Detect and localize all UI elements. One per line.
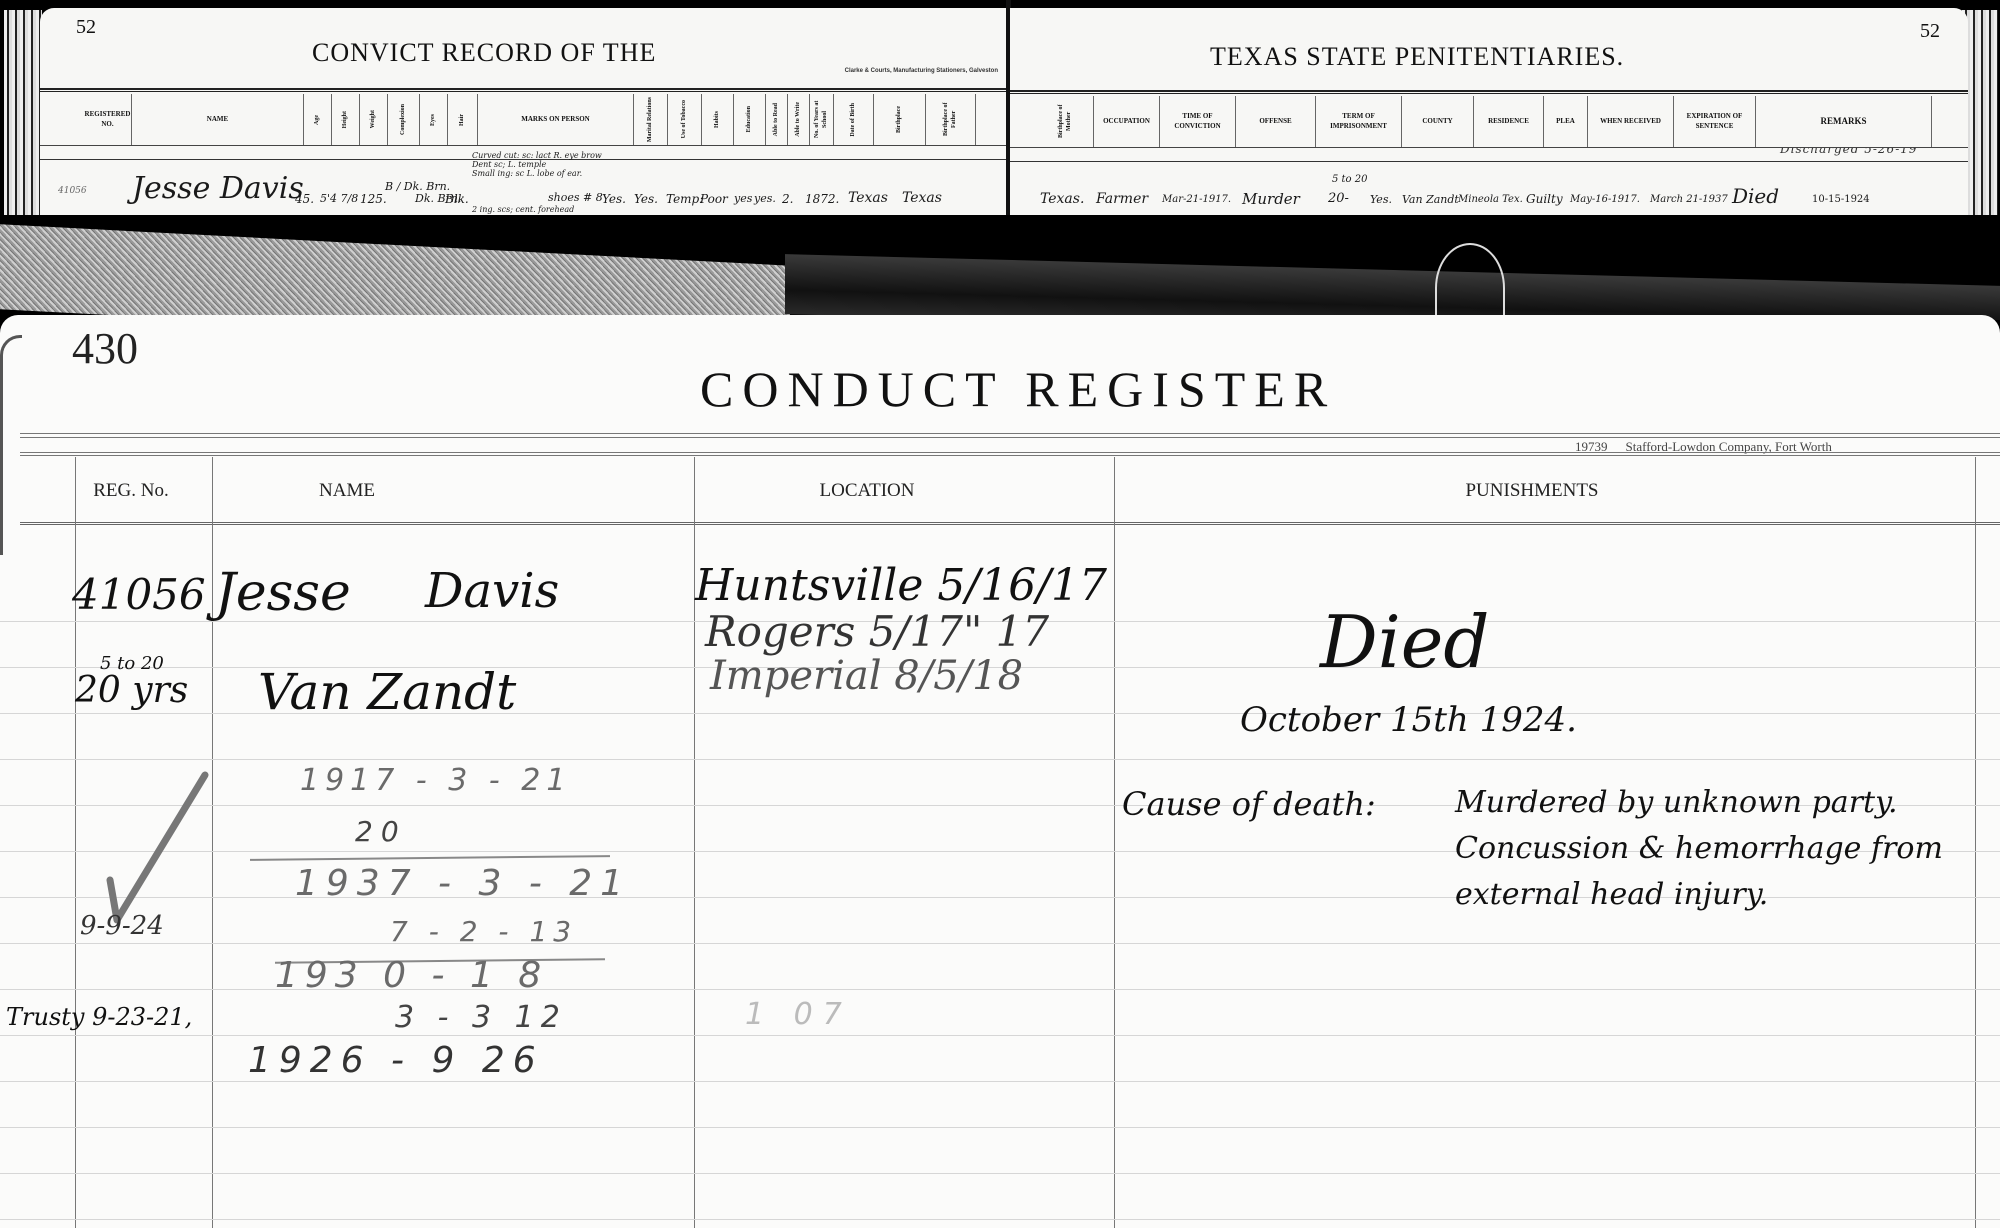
header-reg-no: REG. No. <box>76 457 186 525</box>
entry-marital: Yes. <box>602 192 626 206</box>
header-rule <box>40 88 1008 92</box>
marks-line-4: shoes # 8 <box>548 191 603 204</box>
entry-term-note: 5 to 20 <box>1332 174 1367 185</box>
entry-time-of-conviction: Mar-21-1917. <box>1162 194 1231 205</box>
page-edges-left <box>4 10 42 215</box>
page-curl <box>0 335 22 555</box>
marks-line-3: Small ing: sc L. lobe of ear. <box>472 169 582 178</box>
calc-line-2: 20 <box>355 815 407 848</box>
register-trusty: Trusty 9-23-21, <box>6 1003 192 1031</box>
register-column-headers: REG. No. NAME LOCATION PUNISHMENTS <box>20 457 2000 525</box>
calc-line-7: 1926 - 9 26 <box>248 1040 544 1081</box>
header-name: NAME <box>212 457 482 525</box>
entry-tobacco: Yes. <box>634 192 658 206</box>
right-column-headers: Birthplace of Mother Occupation Time of … <box>1010 96 1968 148</box>
col-marital: Marital Relations <box>634 94 668 145</box>
entry-birthplace-father: Texas <box>902 190 942 206</box>
col-term: Term of Imprisonment <box>1316 96 1402 147</box>
register-check-date: 9-9-24 <box>80 911 164 941</box>
col-tobacco: Use of Tobacco <box>668 94 702 145</box>
register-title: CONDUCT REGISTER <box>700 360 1336 418</box>
entry-county-flag: Yes. <box>1370 193 1392 206</box>
entry-occupation: Farmer <box>1096 191 1148 207</box>
col-offense: Offense <box>1236 96 1316 147</box>
book-binding <box>0 215 2000 320</box>
marks-line-2: Dent sc; L. temple <box>472 160 546 169</box>
header-location: LOCATION <box>692 457 1042 525</box>
col-birthplace: Birthplace <box>874 94 926 145</box>
entry-residence: Mineola Tex. <box>1458 194 1523 205</box>
entry-date-of-birth: 1872. <box>805 192 839 206</box>
cause-line-1: Murdered by unknown party. <box>1455 785 1898 820</box>
convict-record-left-page: 52 CONVICT RECORD OF THE Clarke & Courts… <box>40 8 1008 215</box>
left-page-title: CONVICT RECORD OF THE <box>312 38 656 68</box>
checkmark-icon <box>105 770 215 930</box>
entry-name: Jesse Davis <box>132 171 304 206</box>
entry-when-received: May-16-1917. <box>1570 194 1640 205</box>
loose-thread <box>1435 243 1505 320</box>
entry-years-school: 2. <box>782 192 793 206</box>
entry-birthplace-mother: Texas. <box>1040 191 1084 207</box>
col-date-of-birth: Date of Birth <box>834 94 874 145</box>
col-when-received: When Received <box>1588 96 1674 147</box>
marks-line-1: Curved cut: sc: lact R. eye brow <box>472 151 602 160</box>
faint-location-note: 1 07 <box>745 997 852 1032</box>
calc-line-5: 193 0 - 1 8 <box>275 955 548 996</box>
col-habits: Habits <box>702 94 734 145</box>
register-reg-no: 41056 <box>72 570 206 619</box>
entry-education: Poor <box>700 192 728 206</box>
col-age: Age <box>304 94 332 145</box>
punishment-date: October 15th 1924. <box>1240 700 1577 740</box>
col-residence: Residence <box>1474 96 1544 147</box>
convict-record-strip: 52 CONVICT RECORD OF THE Clarke & Courts… <box>0 0 2000 215</box>
col-eyes: Eyes <box>420 94 448 145</box>
col-divider <box>1114 457 1115 1228</box>
col-marks-on-person: Marks on Person <box>478 94 634 145</box>
cloth-cover <box>0 224 790 320</box>
register-last-name: Davis <box>425 563 559 619</box>
convict-record-right-page: TEXAS STATE PENITENTIARIES. 52 Birthplac… <box>1010 8 1968 215</box>
previous-row-fragment-right: Discharged 5-26-19 <box>1010 148 1968 162</box>
calc-line-3: 1937 - 3 - 21 <box>295 863 631 904</box>
col-plea: Plea <box>1544 96 1588 147</box>
left-column-headers: Registered No. Name Age Height Weight Co… <box>40 94 1008 146</box>
col-complexion: Complexion <box>388 94 420 145</box>
worn-spine <box>785 254 2000 320</box>
right-page-number: 52 <box>1920 20 1940 43</box>
entry-remarks-date: 10-15-1924 <box>1812 194 1870 205</box>
entry-able-read: yes <box>734 192 752 205</box>
location-imperial: Imperial 8/5/18 <box>710 653 1023 699</box>
reg-no-faint: 41056 <box>58 186 87 196</box>
entry-able-write: yes. <box>754 192 776 205</box>
entry-height: 5'4 7/8 <box>320 192 358 205</box>
col-weight: Weight <box>360 94 388 145</box>
col-hair: Hair <box>448 94 478 145</box>
entry-expiration: March 21-1937 <box>1650 194 1728 205</box>
entry-term: 20- <box>1328 191 1349 206</box>
col-registered-no: Registered No. <box>84 94 132 145</box>
entry-county: Van Zandt <box>1402 193 1459 206</box>
col-years-school: No. of Years at School <box>810 94 834 145</box>
conduct-register-page: 430 CONDUCT REGISTER 19739Stafford-Lowdo… <box>0 315 2000 1228</box>
cause-of-death-label: Cause of death: <box>1122 785 1376 823</box>
col-height: Height <box>332 94 360 145</box>
entry-birthplace: Texas <box>848 190 888 206</box>
col-time-of-conviction: Time of Conviction <box>1160 96 1236 147</box>
register-term: 20 yrs <box>75 670 188 711</box>
col-expiration: Expiration of Sentence <box>1674 96 1756 147</box>
col-education: Education <box>734 94 766 145</box>
col-divider <box>1975 457 1976 1228</box>
col-birthplace-father: Birthplace of Father <box>926 94 976 145</box>
col-able-read: Able to Read <box>766 94 788 145</box>
right-page-title: TEXAS STATE PENITENTIARIES. <box>1210 42 1624 72</box>
location-huntsville: Huntsville 5/16/17 <box>695 560 1107 611</box>
marks-line-5: 2 ing. scs; cent. forehead <box>472 205 574 214</box>
calc-line-4: 7 - 2 - 13 <box>390 915 577 948</box>
cause-line-3: external head injury. <box>1455 877 1768 912</box>
location-rogers: Rogers 5/17" 17 <box>705 607 1049 656</box>
cause-line-2: Concussion & hemorrhage from <box>1455 831 1943 866</box>
register-first-name: Jesse <box>215 563 351 623</box>
register-page-number: 430 <box>72 323 138 374</box>
col-name: Name <box>132 94 304 145</box>
printer-credit: Clarke & Courts, Manufacturing Stationer… <box>845 68 998 74</box>
col-able-write: Able to Write <box>788 94 810 145</box>
register-county: Van Zandt <box>258 663 516 721</box>
col-occupation: Occupation <box>1094 96 1160 147</box>
calc-underline <box>250 855 610 861</box>
left-page-number: 52 <box>76 16 96 39</box>
col-birthplace-mother: Birthplace of Mother <box>1038 96 1094 147</box>
entry-age: 45. <box>295 192 314 206</box>
entry-habits: Temp: <box>666 192 703 206</box>
calc-line-1: 1917 - 3 - 21 <box>300 763 571 798</box>
entry-offense: Murder <box>1242 190 1300 208</box>
calc-line-6: 3 - 3 12 <box>395 1000 567 1035</box>
col-county: County <box>1402 96 1474 147</box>
col-remarks: Remarks <box>1756 96 1932 147</box>
entry-remarks: Died <box>1732 184 1779 208</box>
entry-plea: Guilty <box>1526 192 1563 206</box>
entry-hair: Blk. <box>445 192 469 206</box>
punishment-status: Died <box>1320 600 1489 684</box>
entry-weight: 125. <box>360 192 387 206</box>
header-punishments: PUNISHMENTS <box>1152 457 1912 525</box>
